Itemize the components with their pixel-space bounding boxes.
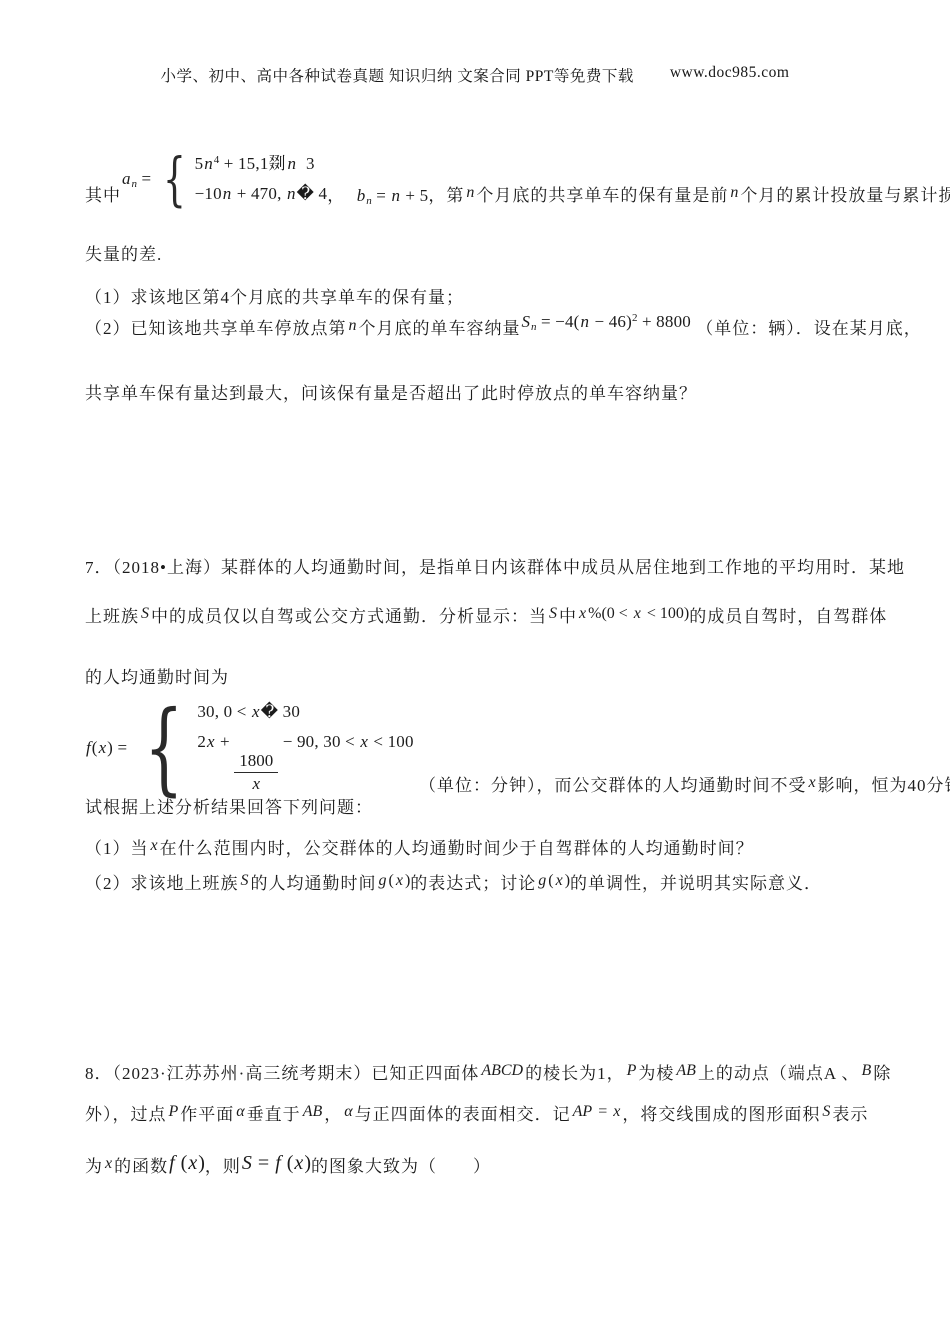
p7-question-2-text: （2）求该地上班族S的人均通勤时间g(x)的表达式；讨论g(x)的单调性，并说明… — [85, 873, 822, 896]
p7-question-2: （2）求该地上班族S的人均通勤时间g(x)的表达式；讨论g(x)的单调性，并说明… — [85, 873, 885, 896]
p6-line-2: 失量的差. — [85, 244, 885, 267]
p7-line-2-text: 上班族S中的成员仅以自驾或公交方式通勤．分析显示：当S中x%(0 < x < 1… — [85, 606, 887, 629]
p8-line-2: 外），过点P作平面α垂直于AB，α与正四面体的表面相交．记AP = x，将交线围… — [85, 1104, 885, 1127]
p8-line-3-text: 为x的函数f (x)，则S = f (x)的图象大致为（ ） — [85, 1153, 491, 1180]
p8-line-1: 8．（2023·江苏苏州·高三统考期末）已知正四面体ABCD的棱长为1，P为棱A… — [85, 1063, 885, 1086]
fx-lhs: f(x) = — [85, 737, 132, 760]
p6-question-2-prefix: （2）已知该地共享单车停放点第n个月底的单车容纳量 — [85, 318, 521, 341]
an-case-1: 5n4 + 15,1剟n 3 — [195, 153, 315, 176]
fx-cases: 30, 0 < x� 30 2x + 1800x − 90, 30 < x < … — [197, 701, 413, 795]
p8-line-3: 为x的函数f (x)，则S = f (x)的图象大致为（ ） — [85, 1153, 885, 1180]
p6-line-5: 共享单车保有量达到最大，问该保有量是否超出了此时停放点的单车容纳量？ — [85, 383, 885, 406]
document-page: 小学、初中、高中各种试卷真题 知识归纳 文案合同 PPT等免费下载 www.do… — [0, 0, 950, 1344]
p6-formula-line: 其中 an = { 5n4 + 15,1剟n 3 −10n + 470, n� … — [85, 150, 885, 208]
header-title: 小学、初中、高中各种试卷真题 知识归纳 文案合同 PPT等免费下载 — [161, 64, 634, 86]
p6-question-2: （2）已知该地共享单车停放点第n个月底的单车容纳量 Sn = −4(n − 46… — [85, 318, 885, 341]
p7-line-1-text: 7．（2018•上海）某群体的人均通勤时间，是指单日内该群体中成员从居住地到工作… — [85, 557, 905, 580]
sn-formula: Sn = −4(n − 46)2 + 8800 — [521, 311, 692, 334]
p6-line-5-text: 共享单车保有量达到最大，问该保有量是否超出了此时停放点的单车容纳量？ — [85, 383, 697, 406]
p7-line-5: 试根据上述分析结果回答下列问题： — [85, 797, 885, 820]
fx-case-1: 30, 0 < x� 30 — [197, 701, 300, 724]
fx-case-2: 2x + 1800x − 90, 30 < x < 100 — [197, 731, 413, 795]
p8-line-2-text: 外），过点P作平面α垂直于AB，α与正四面体的表面相交．记AP = x，将交线围… — [85, 1104, 868, 1127]
p7-question-1: （1）当x在什么范围内时，公交群体的人均通勤时间少于自驾群体的人均通勤时间？ — [85, 838, 885, 861]
p7-formula-line: f(x) = { 30, 0 < x� 30 2x + 1800x − 90, … — [85, 698, 885, 798]
p7-line-3-text: 的人均通勤时间为 — [85, 667, 229, 690]
page-header: 小学、初中、高中各种试卷真题 知识归纳 文案合同 PPT等免费下载 www.do… — [0, 64, 950, 86]
p7-line-1: 7．（2018•上海）某群体的人均通勤时间，是指单日内该群体中成员从居住地到工作… — [85, 557, 885, 580]
p7-after-formula-text: （单位：分钟），而公交群体的人均通勤时间不受x影响，恒为40分钟， — [414, 775, 950, 798]
p6-after-formula-text: ， bn = n + 5，第n个月底的共享单车的保有量是前n个月的累计投放量与累… — [327, 185, 950, 208]
header-url: www.doc985.com — [670, 64, 790, 86]
curly-brace: { — [163, 150, 186, 208]
p8-line-1-text: 8．（2023·江苏苏州·高三统考期末）已知正四面体ABCD的棱长为1，P为棱A… — [85, 1063, 891, 1086]
p6-question-1-text: （1）求该地区第4个月底的共享单车的保有量； — [85, 287, 464, 310]
an-cases: 5n4 + 15,1剟n 3 −10n + 470, n� 4 — [195, 153, 328, 206]
curly-brace: { — [144, 698, 183, 798]
p6-question-2-suffix: （单位：辆）．设在某月底， — [691, 318, 922, 341]
fx-piecewise-formula: f(x) = { 30, 0 < x� 30 2x + 1800x − 90, … — [85, 698, 414, 798]
an-lhs: an = — [121, 168, 156, 191]
p6-question-1: （1）求该地区第4个月底的共享单车的保有量； — [85, 287, 885, 310]
p7-question-1-text: （1）当x在什么范围内时，公交群体的人均通勤时间少于自驾群体的人均通勤时间？ — [85, 838, 754, 861]
p7-line-2: 上班族S中的成员仅以自驾或公交方式通勤．分析显示：当S中x%(0 < x < 1… — [85, 606, 885, 629]
an-case-2: −10n + 470, n� 4 — [195, 183, 328, 206]
p7-line-5-text: 试根据上述分析结果回答下列问题： — [85, 797, 373, 820]
p6-intro-text: 其中 — [85, 185, 121, 208]
an-piecewise-formula: an = { 5n4 + 15,1剟n 3 −10n + 470, n� 4 — [121, 150, 327, 208]
p6-line-2-text: 失量的差. — [85, 244, 162, 267]
fraction: 1800x — [234, 751, 278, 795]
p7-line-3: 的人均通勤时间为 — [85, 667, 885, 690]
